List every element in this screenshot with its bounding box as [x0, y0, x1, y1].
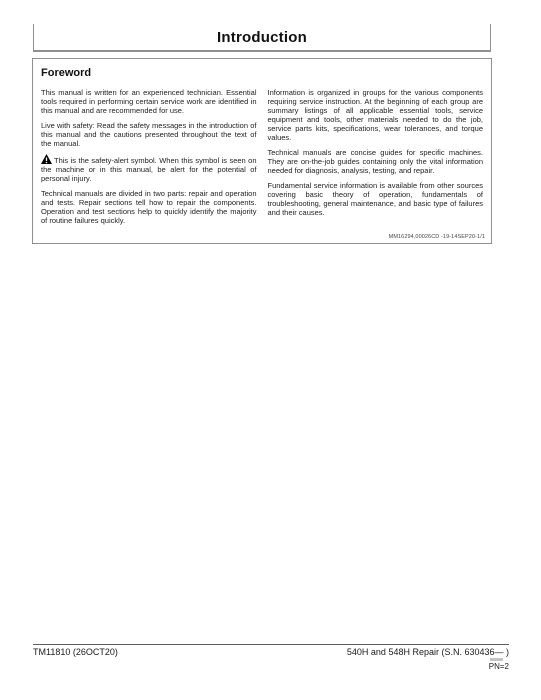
reference-code: MM16294,00026CD -19-14SEP20-1/1 — [389, 234, 485, 240]
paragraph-information-groups: Information is organized in groups for t… — [268, 88, 484, 142]
paragraph-two-parts: Technical manuals are divided in two par… — [41, 189, 257, 225]
footer-document-number: TM11810 (26OCT20) — [33, 647, 118, 657]
paragraph-fundamental-service: Fundamental service information is avail… — [268, 181, 484, 217]
paragraph-safety-alert: This is the safety-alert symbol. When th… — [41, 154, 257, 183]
paragraph-live-with-safety: Live with safety: Read the safety messag… — [41, 121, 257, 148]
footer-manual-title: 540H and 548H Repair (S.N. 630436— ) — [347, 647, 509, 657]
right-column: Information is organized in groups for t… — [268, 88, 484, 231]
page-title: Introduction — [34, 24, 490, 46]
foreword-heading: Foreword — [41, 67, 483, 79]
paragraph-technician: This manual is written for an experience… — [41, 88, 257, 115]
manual-page: Introduction Foreword This manual is wri… — [0, 0, 541, 700]
left-column: This manual is written for an experience… — [41, 88, 257, 231]
micro-print-artifact — [490, 658, 503, 661]
foreword-columns: This manual is written for an experience… — [41, 88, 483, 231]
safety-alert-text: This is the safety-alert symbol. When th… — [41, 156, 257, 183]
page-footer: TM11810 (26OCT20) 540H and 548H Repair (… — [33, 644, 509, 671]
title-frame: Introduction — [33, 24, 491, 52]
foreword-section: Foreword This manual is written for an e… — [32, 58, 492, 244]
footer-page-number: PN=2 — [33, 662, 509, 671]
footer-row: TM11810 (26OCT20) 540H and 548H Repair (… — [33, 647, 509, 657]
safety-alert-triangle-icon — [41, 154, 52, 164]
paragraph-concise-guides: Technical manuals are concise guides for… — [268, 148, 484, 175]
